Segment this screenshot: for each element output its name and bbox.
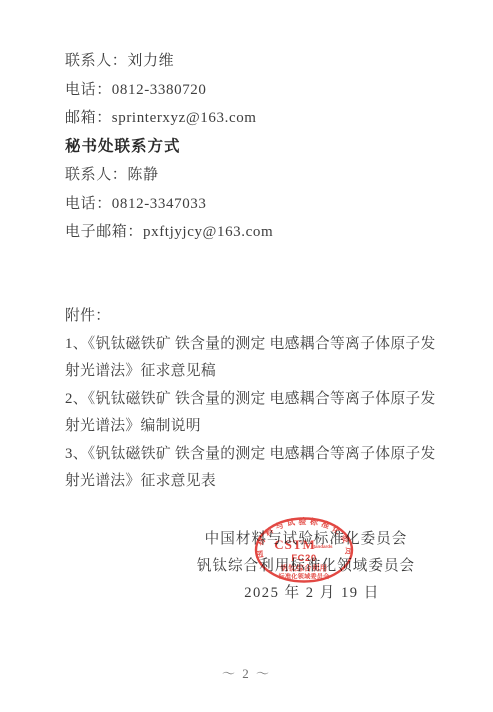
attachments-label: 附件：: [65, 303, 450, 331]
seal-acronym: CSTM: [274, 537, 316, 552]
seal-acronym-sub: standards: [311, 544, 333, 549]
seal-cn-line-2: 标准化领域委员会: [277, 573, 330, 581]
contact-email-line: 邮箱：sprinterxyz@163.com: [65, 104, 273, 133]
attachment-item-1-line-2: 射光谱法》征求意见稿: [65, 358, 450, 386]
contact-section: 联系人：刘力维 电话：0812-3380720 邮箱：sprinterxyz@1…: [65, 47, 273, 247]
seal-cn-line-1: 钒钛综合利用: [280, 563, 328, 573]
secretariat-email-line: 电子邮箱：pxftjyjcy@163.com: [65, 218, 273, 247]
attachment-item-3-line-2: 射光谱法》征求意见表: [65, 468, 450, 496]
attachment-item-2-line-1: 2、《钒钛磁铁矿 铁含量的测定 电感耦合等离子体原子发: [65, 386, 450, 414]
document-page: 联系人：刘力维 电话：0812-3380720 邮箱：sprinterxyz@1…: [0, 0, 493, 712]
contact-phone-line: 电话：0812-3380720: [65, 76, 273, 105]
attachments-section: 附件： 1、《钒钛磁铁矿 铁含量的测定 电感耦合等离子体原子发 射光谱法》征求意…: [65, 303, 450, 496]
page-number: ～ 2 ～: [0, 663, 493, 682]
attachment-item-2-line-2: 射光谱法》编制说明: [65, 413, 450, 441]
secretariat-person-line: 联系人：陈静: [65, 161, 273, 190]
attachment-item-1-line-1: 1、《钒钛磁铁矿 铁含量的测定 电感耦合等离子体原子发: [65, 331, 450, 359]
secretariat-heading: 秘书处联系方式: [65, 133, 273, 162]
seal-code: FC20: [291, 553, 316, 564]
secretariat-phone-line: 电话：0812-3347033: [65, 190, 273, 219]
contact-person-line: 联系人：刘力维: [65, 47, 273, 76]
attachment-item-3-line-1: 3、《钒钛磁铁矿 铁含量的测定 电感耦合等离子体原子发: [65, 441, 450, 469]
official-seal: 中国材料与试验标准化委员会 CSTM standards FC20 钒钛综合利用…: [234, 500, 374, 600]
